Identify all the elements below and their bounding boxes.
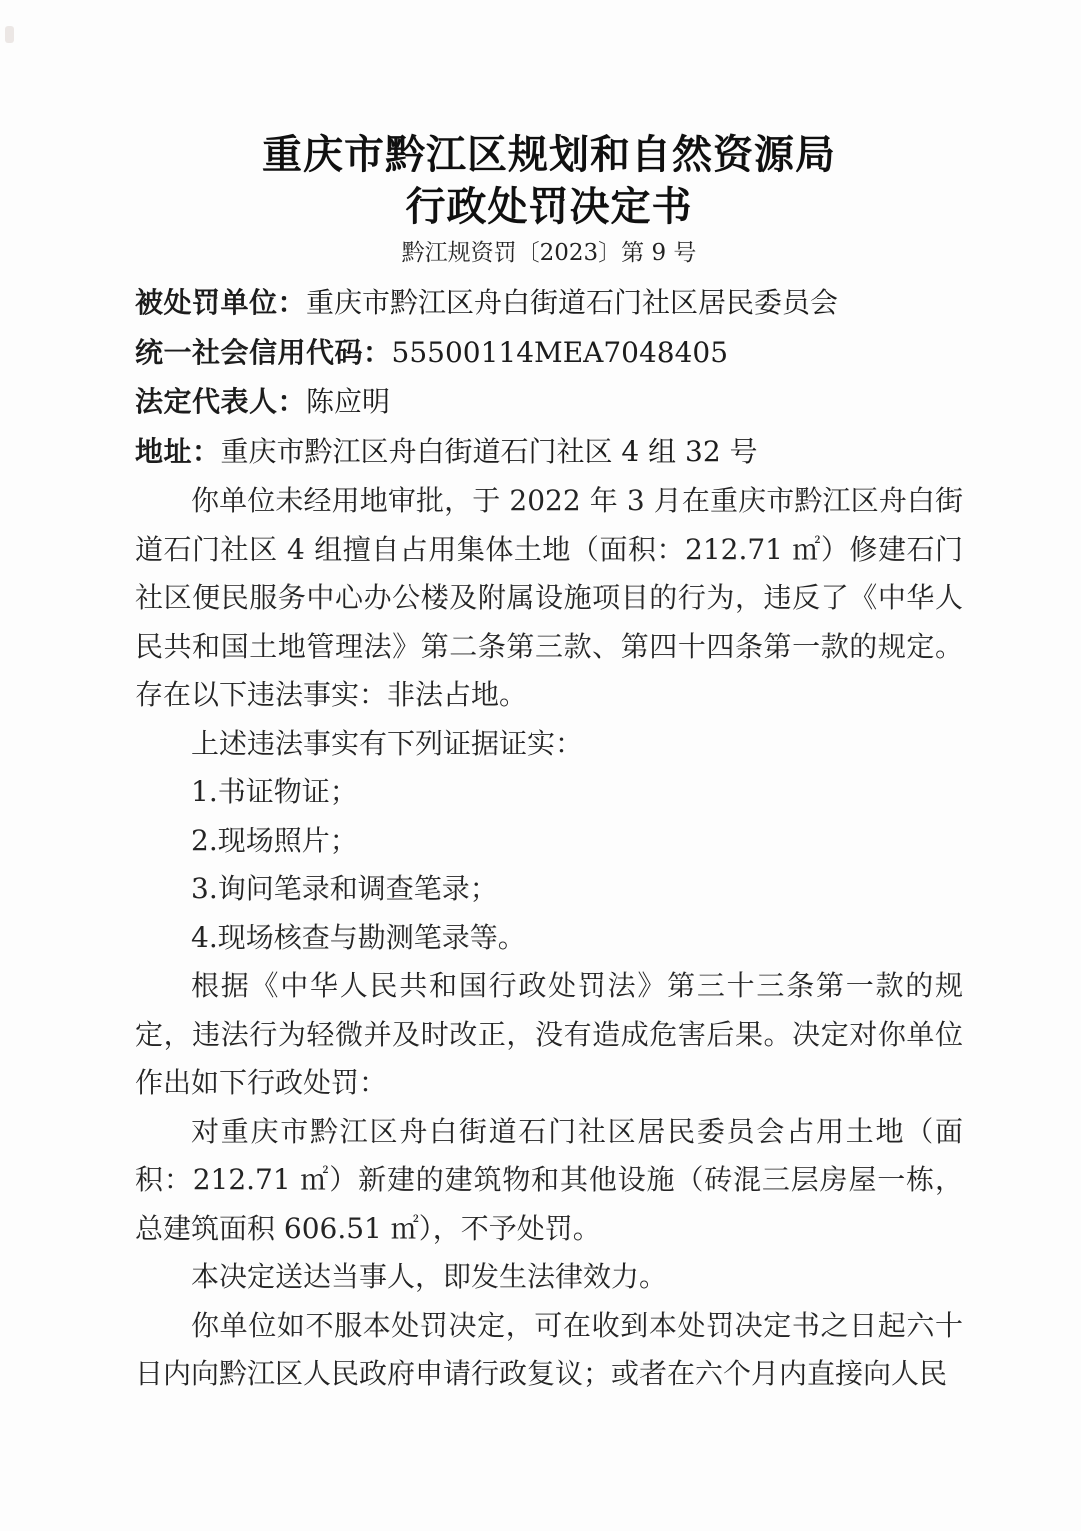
document-content: 重庆市黔江区规划和自然资源局 行政处罚决定书 黔江规资罚〔2023〕第 9 号 … (0, 0, 1081, 1399)
paragraph-appeal-rights: 你单位如不服本处罚决定，可在收到本处罚决定书之日起六十日内向黔江区人民政府申请行… (135, 1302, 963, 1399)
paragraph-evidence-intro: 上述违法事实有下列证据证实： (135, 720, 963, 769)
evidence-item-2: 2.现场照片； (135, 817, 963, 866)
scanned-document-page: 重庆市黔江区规划和自然资源局 行政处罚决定书 黔江规资罚〔2023〕第 9 号 … (0, 0, 1081, 1531)
paragraph-violation-facts: 你单位未经用地审批，于 2022 年 3 月在重庆市黔江区舟白街道石门社区 4 … (135, 477, 963, 720)
document-title: 重庆市黔江区规划和自然资源局 行政处罚决定书 (135, 129, 963, 233)
field-penalized-unit: 被处罚单位：重庆市黔江区舟白街道石门社区居民委员会 (135, 279, 963, 329)
paragraph-legal-basis: 根据《中华人民共和国行政处罚法》第三十三条第一款的规定，违法行为轻微并及时改正，… (135, 962, 963, 1108)
field-address: 地址：重庆市黔江区舟白街道石门社区 4 组 32 号 (135, 428, 963, 478)
evidence-item-1: 1.书证物证； (135, 768, 963, 817)
field-legal-representative: 法定代表人：陈应明 (135, 378, 963, 428)
evidence-item-3: 3.询问笔录和调查笔录； (135, 865, 963, 914)
scan-artifact (5, 26, 14, 43)
field-value-penalized-unit: 重庆市黔江区舟白街道石门社区居民委员会 (306, 286, 838, 319)
field-value-address: 重庆市黔江区舟白街道石门社区 4 组 32 号 (221, 435, 758, 468)
field-label-credit-code: 统一社会信用代码： (135, 336, 392, 369)
field-value-legal-representative: 陈应明 (306, 385, 390, 418)
title-line-authority: 重庆市黔江区规划和自然资源局 (135, 129, 963, 181)
field-label-penalized-unit: 被处罚单位： (135, 286, 306, 319)
paragraph-legal-effect: 本决定送达当事人，即发生法律效力。 (135, 1253, 963, 1302)
evidence-item-4: 4.现场核查与勘测笔录等。 (135, 914, 963, 963)
paragraph-penalty-decision: 对重庆市黔江区舟白街道石门社区居民委员会占用土地（面积：212.71 ㎡）新建的… (135, 1108, 963, 1254)
document-body: 你单位未经用地审批，于 2022 年 3 月在重庆市黔江区舟白街道石门社区 4 … (135, 477, 963, 1399)
title-line-doc-type: 行政处罚决定书 (135, 181, 963, 233)
field-credit-code: 统一社会信用代码：55500114MEA7048405 (135, 329, 963, 379)
fields-section: 被处罚单位：重庆市黔江区舟白街道石门社区居民委员会 统一社会信用代码：55500… (135, 279, 963, 477)
field-value-credit-code: 55500114MEA7048405 (392, 336, 729, 369)
document-number: 黔江规资罚〔2023〕第 9 号 (135, 235, 963, 271)
field-label-legal-representative: 法定代表人： (135, 385, 306, 418)
field-label-address: 地址： (135, 435, 221, 468)
